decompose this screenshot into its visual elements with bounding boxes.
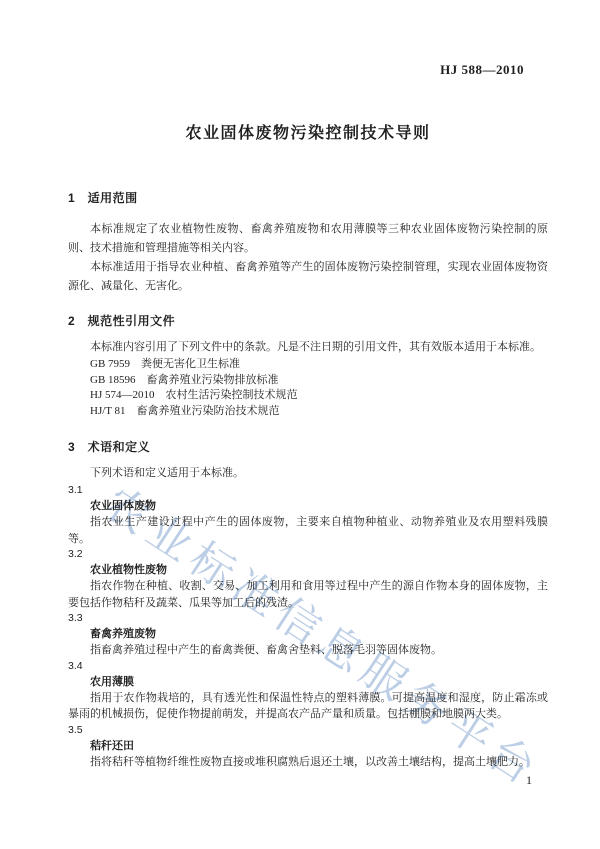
paragraph: 本标准适用于指导农业种植、畜禽养殖等产生的固体废物污染控制管理，实现农业固体废物… [68, 258, 548, 296]
term-definition: 指农作物在种植、收割、交易、加工利用和食用等过程中产生的源自作物本身的固体废物，… [68, 578, 548, 611]
section-terms-definitions: 3 术语和定义 下列术语和定义适用于本标准。 3.1 农业固体废物 指农业生产建… [68, 439, 548, 770]
term-block: 3.3 畜禽养殖废物 指畜禽养殖过程中产生的畜禽粪便、畜禽舍垫料、脱落毛羽等固体… [68, 611, 548, 659]
reference-item: GB 7959 粪便无害化卫生标准 [68, 357, 548, 373]
term-definition: 指用于农作物栽培的，具有透光性和保温性特点的塑料薄膜。可提高温度和湿度，防止霜冻… [68, 690, 548, 723]
page-number: 1 [526, 773, 532, 788]
section-heading-terms: 3 术语和定义 [68, 439, 548, 455]
term-block: 3.5 秸秆还田 指将秸秆等植物纤维性废物直接或堆积腐熟后退还土壤，以改善土壤结… [68, 723, 548, 771]
paragraph: 本标准规定了农业植物性废物、畜禽养殖废物和农用薄膜等三种农业固体废物污染控制的原… [68, 220, 548, 258]
term-number: 3.4 [68, 659, 548, 674]
term-number: 3.5 [68, 723, 548, 738]
page-content: HJ 588—2010 农业固体废物污染控制技术导则 1 适用范围 本标准规定了… [68, 62, 548, 770]
reference-item: GB 18596 畜禽养殖业污染物排放标准 [68, 373, 548, 389]
term-block: 3.2 农业植物性废物 指农作物在种植、收割、交易、加工利用和食用等过程中产生的… [68, 547, 548, 611]
section-normative-references: 2 规范性引用文件 本标准内容引用了下列文件中的条款。凡是不注日期的引用文件，其… [68, 313, 548, 419]
term-definition: 指农业生产建设过程中产生的固体废物，主要来自植物种植业、动物养殖业及农用塑料残膜… [68, 514, 548, 547]
term-number: 3.3 [68, 611, 548, 626]
document-page: 农业标准信息服务平台 HJ 588—2010 农业固体废物污染控制技术导则 1 … [0, 0, 600, 849]
term-number: 3.2 [68, 547, 548, 562]
term-number: 3.1 [68, 483, 548, 498]
term-definition: 指将秸秆等植物纤维性废物直接或堆积腐熟后退还土壤，以改善土壤结构，提高土壤肥力。 [68, 754, 548, 771]
section-heading-references: 2 规范性引用文件 [68, 313, 548, 329]
section-scope: 1 适用范围 本标准规定了农业植物性废物、畜禽养殖废物和农用薄膜等三种农业固体废… [68, 190, 548, 296]
term-name: 秸秆还田 [68, 738, 548, 754]
section-heading-scope: 1 适用范围 [68, 190, 548, 206]
term-block: 3.1 农业固体废物 指农业生产建设过程中产生的固体废物，主要来自植物种植业、动… [68, 483, 548, 547]
document-title: 农业固体废物污染控制技术导则 [68, 123, 548, 145]
standard-number: HJ 588—2010 [440, 62, 524, 77]
term-name: 农业固体废物 [68, 498, 548, 514]
term-definition: 指畜禽养殖过程中产生的畜禽粪便、畜禽舍垫料、脱落毛羽等固体废物。 [68, 642, 548, 659]
paragraph: 下列术语和定义适用于本标准。 [68, 464, 548, 483]
paragraph: 本标准内容引用了下列文件中的条款。凡是不注日期的引用文件，其有效版本适用于本标准… [68, 338, 548, 357]
term-name: 农业植物性废物 [68, 562, 548, 578]
term-block: 3.4 农用薄膜 指用于农作物栽培的，具有透光性和保温性特点的塑料薄膜。可提高温… [68, 659, 548, 723]
doc-header: HJ 588—2010 [68, 62, 548, 77]
reference-item: HJ/T 81 畜禽养殖业污染防治技术规范 [68, 404, 548, 420]
term-name: 农用薄膜 [68, 674, 548, 690]
term-name: 畜禽养殖废物 [68, 626, 548, 642]
reference-item: HJ 574—2010 农村生活污染控制技术规范 [68, 388, 548, 404]
